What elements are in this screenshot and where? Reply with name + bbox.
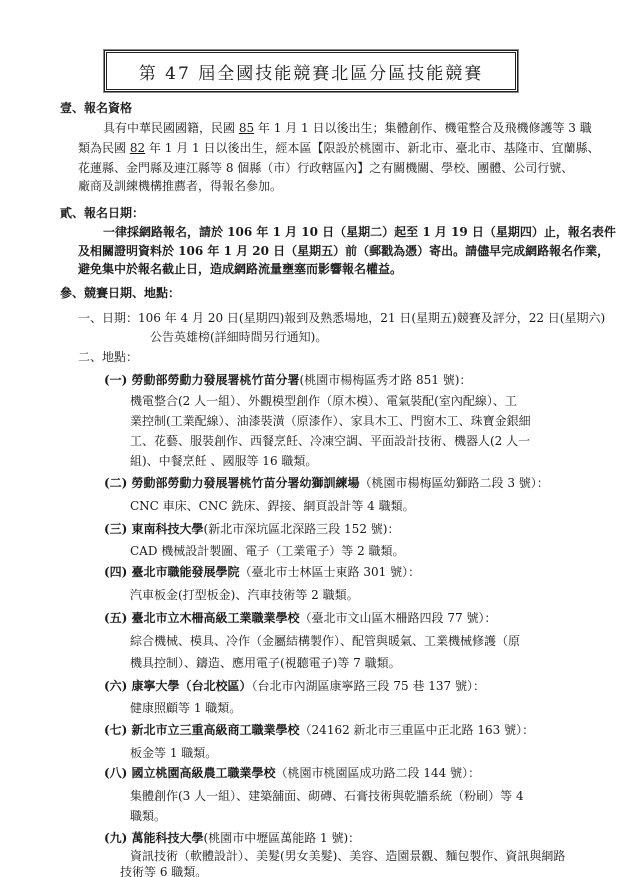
venue-heading: (六) 康寧大學（台北校區）（台北市內湖區康寧路三段 75 巷 137 號）： <box>104 678 485 694</box>
venue-line: 汽車板金(打型板金)、汽車技術等 2 職類。 <box>130 587 359 603</box>
venue-line: 技術等 6 職類。 <box>120 864 207 877</box>
venue-line: 機電整合(2 人一組）、外觀模型創作（原木模）、電氣裝配(室內配線）、工 <box>130 393 517 409</box>
paragraph-line: 及相關證明資料於 106 年 1 月 20 日（星期五）前（郵戳為憑）寄出。請儘… <box>78 243 609 259</box>
venue-line: 綜合機械、模具、冷作（金屬結構製作）、配管與暖氣、工業機械修護（原 <box>130 633 520 649</box>
paragraph-line: 避免集中於報名截止日，造成網路流量壅塞而影響報名權益。 <box>78 261 402 277</box>
paragraph-line: 廠商及訓練機構推薦者，得報名參加。 <box>78 178 282 194</box>
venue-heading: (九) 萬能科技大學(桃園市中壢區萬能路 1 號)： <box>104 830 360 846</box>
venue-line: 板金等 1 職類。 <box>130 745 217 761</box>
venue-heading: (三) 東南科技大學(新北市深坑區北深路三段 152 號)： <box>104 521 399 537</box>
section-heading-eligibility: 壹、報名資格 <box>60 100 132 116</box>
venue-line: 機具控制）、鑄造、應用電子(視聽電子)等 7 職類。 <box>130 655 401 671</box>
venue-line: 健康照顧等 1 職類。 <box>130 700 241 716</box>
venue-line: 資訊技術（軟體設計）、美髮(男女美髮)、美容、造園景觀、麵包製作、資訊與網路 <box>130 848 565 864</box>
venue-line: 工、花藝、服裝創作、西餐烹飪、冷凍空調、平面設計技術、機器人(2 人一 <box>130 433 530 449</box>
paragraph-line: 具有中華民國國籍，民國 85 年 1 月 1 日以後出生；集體創作、機電整合及飛… <box>103 120 592 136</box>
document-title-box: 第 47 屆全國技能競賽北區分區技能競賽 <box>104 50 518 92</box>
venue-line: 組)、中餐烹飪 、國服等 16 職類。 <box>130 453 317 469</box>
venue-heading: (五) 臺北市立木柵高級工業職業學校（臺北市文山區木柵路四段 77 號）： <box>104 610 496 626</box>
venue-line: CAD 機械設計製圖、電子（工業電子）等 2 職類。 <box>130 543 405 559</box>
paragraph-line: 一律採網路報名，請於 106 年 1 月 10 日（星期二）起至 1 月 19 … <box>103 224 616 240</box>
venue-label: 二、地點： <box>78 349 138 365</box>
date-label: 一、日期：106 年 4 月 20 日(星期四)報到及熟悉場地，21 日(星期五… <box>78 310 605 326</box>
section-heading-competition: 參、競賽日期、地點： <box>60 285 180 301</box>
venue-heading: (八) 國立桃園高級農工職業學校（桃園市桃園區成功路二段 144 號）： <box>104 765 480 781</box>
venue-line: 職類。 <box>130 808 166 824</box>
venue-line: 集體創作(3 人一組）、建築舖面、砌磚、石膏技術與乾牆系統（粉刷）等 4 <box>130 788 524 804</box>
paragraph-line: 花蓮縣、金門縣及連江縣等 8 個縣（市）行政轄區內】之有關機關、學校、團體、公司… <box>78 160 573 176</box>
venue-line: CNC 車床、CNC 銑床、銲接、網頁設計等 4 職類。 <box>130 498 415 514</box>
venue-heading: (四) 臺北市職能發展學院（臺北市士林區士東路 301 號）： <box>104 564 420 580</box>
venue-heading: (一) 勞動部勞動力發展署桃竹苗分署(桃園市楊梅區秀才路 851 號)： <box>104 372 471 388</box>
section-heading-registration-date: 貳、報名日期： <box>60 205 144 221</box>
venue-heading: (二) 勞動部勞動力發展署桃竹苗分署幼獅訓練場（桃園市楊梅區幼獅路二段 3 號）… <box>104 475 549 491</box>
date-line: 公告英雄榜(詳細時間另行通知)。 <box>150 329 327 345</box>
document-title: 第 47 屆全國技能競賽北區分區技能競賽 <box>139 59 483 84</box>
venue-heading: (七) 新北市立三重高級商工職業學校（24162 新北市三重區中正北路 163 … <box>104 722 534 738</box>
paragraph-line: 類為民國 82 年 1 月 1 日以後出生，經本區【限設於桃園市、新北市、臺北市… <box>78 140 599 156</box>
venue-line: 業控制(工業配線）、油漆裝潢（原漆作）、家具木工、門窗木工、珠寶金銀細 <box>130 413 531 429</box>
